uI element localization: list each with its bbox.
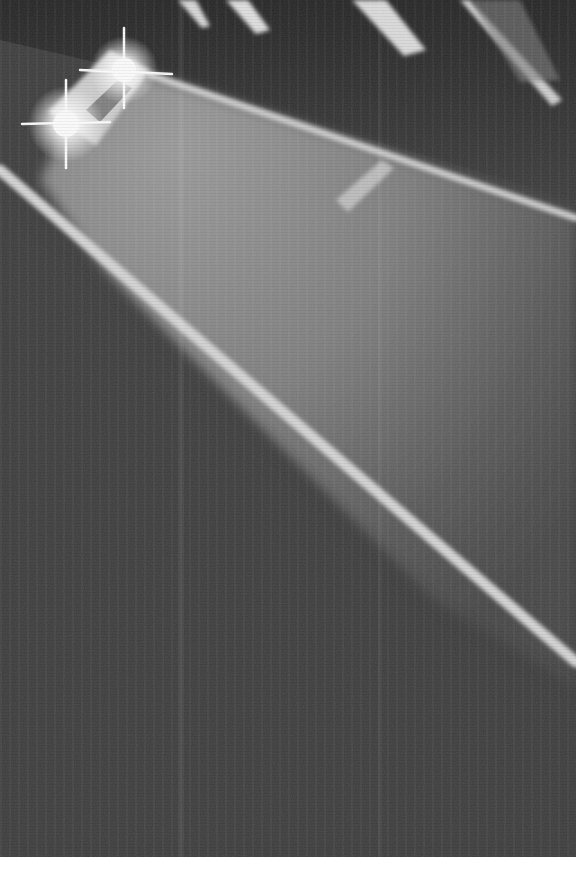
- scan-band: [178, 0, 184, 857]
- halftone-grain: [0, 0, 576, 857]
- night-parking-lot-photo: [0, 0, 576, 857]
- photo-scene: [0, 0, 576, 857]
- scan-band: [378, 0, 382, 857]
